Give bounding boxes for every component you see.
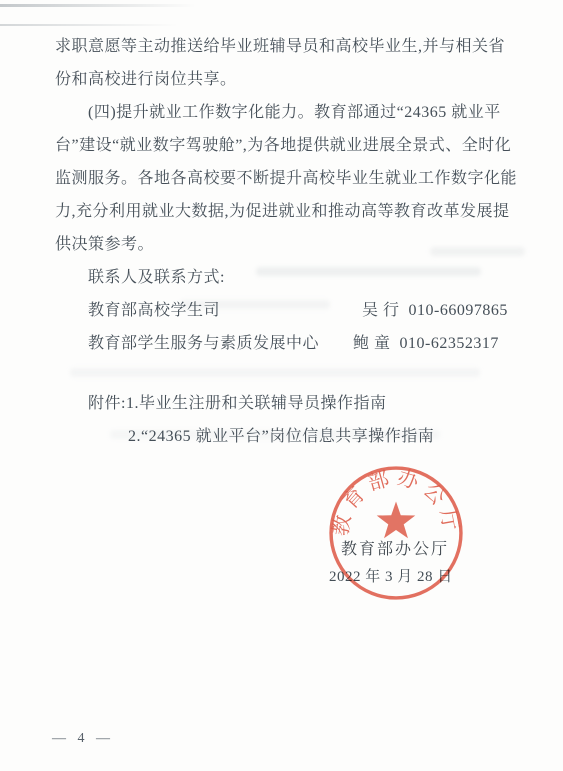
body-line: 台”建设“就业数字驾驶舱”,为各地提供就业进展全景式、全时化 <box>55 129 523 162</box>
seal-arc-text: 教育部办公厅 <box>329 466 463 538</box>
attachment-item: 1.毕业生注册和关联辅导员操作指南 <box>126 395 387 412</box>
star-icon <box>377 502 416 539</box>
body-line: 份和高校进行岗位共享。 <box>55 63 523 96</box>
scan-artifact <box>0 24 178 26</box>
body-line: 供决策参考。 <box>55 228 523 261</box>
signature-org: 教育部办公厅 <box>341 536 461 559</box>
body-line: 求职意愿等主动推送给毕业班辅导员和高校毕业生,并与相关省 <box>55 30 523 63</box>
contact-row: 教育部高校学生司 吴 行010-66097865 <box>55 294 523 327</box>
contact-heading: 联系人及联系方式: <box>55 261 523 294</box>
contact-person: 鲍 童 <box>353 335 391 352</box>
signature-date: 2022 年 3 月 28 日 <box>329 565 469 586</box>
body-line: 监测服务。各地各高校要不断提升高校毕业生就业工作数字化能 <box>55 162 523 195</box>
attachment-line: 附件:1.毕业生注册和关联辅导员操作指南 <box>55 387 523 420</box>
contact-detail: 吴 行010-66097865 <box>362 294 508 327</box>
attachments-label: 附件: <box>88 395 126 412</box>
document-body: 求职意愿等主动推送给毕业班辅导员和高校毕业生,并与相关省 份和高校进行岗位共享。… <box>55 30 523 453</box>
contact-org: 教育部学生服务与素质发展中心 <box>55 335 319 352</box>
body-line: (四)提升就业工作数字化能力。教育部通过“24365 就业平 <box>55 96 523 129</box>
scanned-document-page: 求职意愿等主动推送给毕业班辅导员和高校毕业生,并与相关省 份和高校进行岗位共享。… <box>0 0 563 771</box>
contact-phone: 010-66097865 <box>409 302 508 319</box>
attachments-block: 附件:1.毕业生注册和关联辅导员操作指南 2.“24365 就业平台”岗位信息共… <box>55 387 523 453</box>
contact-org: 教育部高校学生司 <box>55 302 220 319</box>
attachment-item: 2.“24365 就业平台”岗位信息共享操作指南 <box>55 420 523 453</box>
contact-row: 教育部学生服务与素质发展中心 鲍 童010-62352317 <box>55 327 523 360</box>
scan-artifact <box>0 4 196 7</box>
contact-detail: 鲍 童010-62352317 <box>353 327 499 360</box>
body-line: 力,充分利用就业大数据,为促进就业和推动高等教育改革发展提 <box>55 195 523 228</box>
contact-person: 吴 行 <box>362 302 400 319</box>
contact-phone: 010-62352317 <box>400 335 499 352</box>
page-number: — 4 — <box>52 731 114 747</box>
